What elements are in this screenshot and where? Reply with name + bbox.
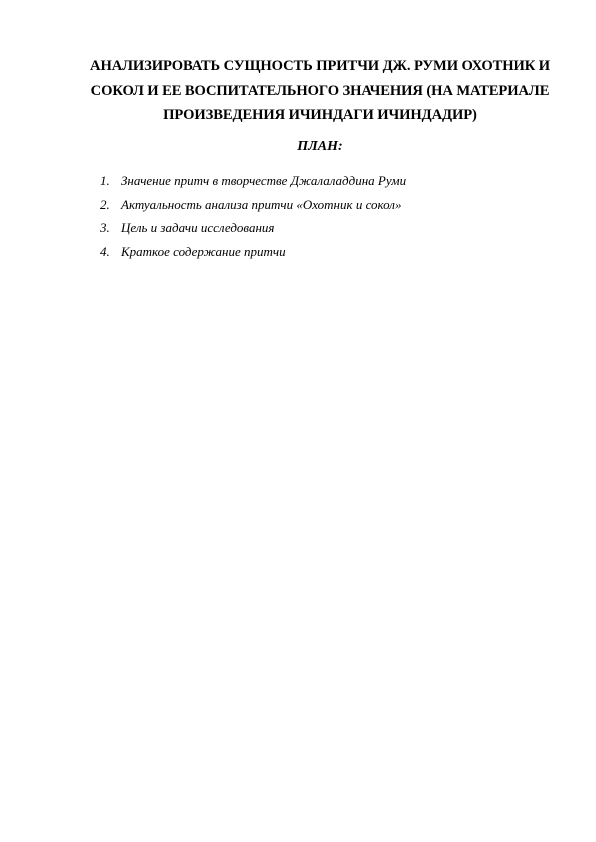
document-title: АНАЛИЗИРОВАТЬ СУЩНОСТЬ ПРИТЧИ ДЖ. РУМИ О… xyxy=(78,54,562,128)
list-item-number: 4. xyxy=(100,240,121,264)
list-item: 2. Актуальность анализа притчи «Охотник … xyxy=(100,193,406,217)
title-line-2: СОКОЛ И ЕЕ ВОСПИТАТЕЛЬНОГО ЗНАЧЕНИЯ (НА … xyxy=(78,79,562,104)
list-item-text: Значение притч в творчестве Джалаладдина… xyxy=(121,169,406,193)
plan-heading: ПЛАН: xyxy=(0,138,596,156)
list-item-text: Актуальность анализа притчи «Охотник и с… xyxy=(121,193,401,217)
list-item-number: 2. xyxy=(100,193,121,217)
list-item-text: Краткое содержание притчи xyxy=(121,240,286,264)
title-line-1: АНАЛИЗИРОВАТЬ СУЩНОСТЬ ПРИТЧИ ДЖ. РУМИ О… xyxy=(78,54,562,79)
document-page: АНАЛИЗИРОВАТЬ СУЩНОСТЬ ПРИТЧИ ДЖ. РУМИ О… xyxy=(0,0,596,842)
plan-list: 1. Значение притч в творчестве Джалаладд… xyxy=(100,169,406,263)
list-item-number: 3. xyxy=(100,216,121,240)
list-item: 1. Значение притч в творчестве Джалаладд… xyxy=(100,169,406,193)
list-item-number: 1. xyxy=(100,169,121,193)
list-item: 4. Краткое содержание притчи xyxy=(100,240,406,264)
list-item-text: Цель и задачи исследования xyxy=(121,216,274,240)
list-item: 3. Цель и задачи исследования xyxy=(100,216,406,240)
title-line-3: ПРОИЗВЕДЕНИЯ ИЧИНДАГИ ИЧИНДАДИР) xyxy=(78,103,562,128)
